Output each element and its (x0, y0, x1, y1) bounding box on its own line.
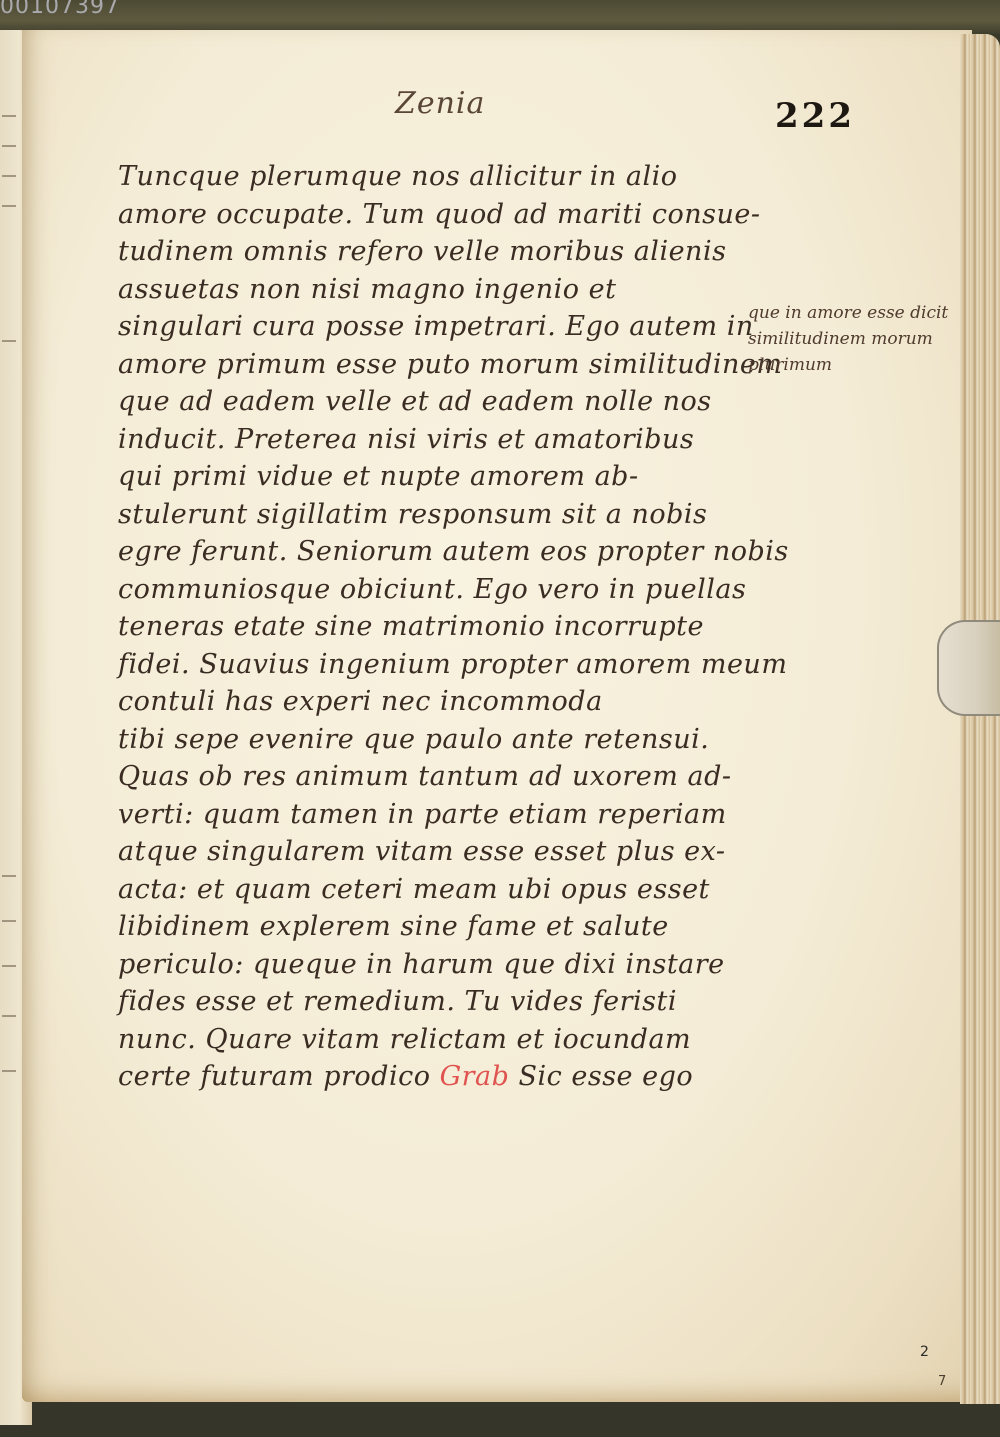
folio-number: 222 (775, 96, 855, 136)
text-line: periculo: queque in harum que dixi insta… (118, 946, 758, 984)
text-line: teneras etate sine matrimonio incorrupte (118, 608, 758, 646)
text-line: Quas ob res animum tantum ad uxorem ad- (118, 758, 758, 796)
ink-bleed-mark (2, 965, 16, 967)
ink-bleed-mark (2, 1015, 16, 1017)
text-line: fidei. Suavius ingenium propter amorem m… (118, 646, 758, 684)
marginal-note: que in amore esse dicit similitudinem mo… (748, 300, 968, 378)
text-line: tudinem omnis refero velle moribus alien… (118, 233, 758, 271)
text-line: egre ferunt. Seniorum autem eos propter … (118, 533, 758, 571)
text-line: que ad eadem velle et ad eadem nolle nos (118, 383, 758, 421)
ink-bleed-mark (2, 205, 16, 207)
ink-bleed-mark (2, 115, 16, 117)
page-fore-edge (960, 34, 1000, 1404)
rubric-word: Grab (440, 1061, 510, 1092)
text-line: stulerunt sigillatim responsum sit a nob… (118, 496, 758, 534)
text-line-final: certe futuram prodico Grab Sic esse ego (118, 1058, 758, 1096)
text-line: Tuncque plerumque nos allicitur in alio (118, 158, 758, 196)
page-tab-marker (937, 620, 1000, 716)
marginal-note-line: que in amore esse dicit (748, 300, 968, 326)
text-line: acta: et quam ceteri meam ubi opus esset (118, 871, 758, 909)
text-line: libidinem explerem sine fame et salute (118, 908, 758, 946)
running-head: Zenia (395, 86, 485, 121)
text-line: qui primi vidue et nupte amorem ab- (118, 458, 758, 496)
quire-mark-lower: 7 (938, 1374, 946, 1389)
text-line: atque singularem vitam esse esset plus e… (118, 833, 758, 871)
text-line: communiosque obiciunt. Ego vero in puell… (118, 571, 758, 609)
text-segment: Sic esse ego (519, 1061, 694, 1092)
scan-id-label: 00107397 (0, 0, 120, 19)
ink-bleed-mark (2, 145, 16, 147)
text-line: singulari cura posse impetrari. Ego aute… (118, 308, 758, 346)
text-line: fides esse et remedium. Tu vides feristi (118, 983, 758, 1021)
ink-bleed-mark (2, 920, 16, 922)
text-segment: certe futuram prodico (118, 1061, 430, 1092)
text-line: amore primum esse puto morum similitudin… (118, 346, 758, 384)
ink-bleed-mark (2, 340, 16, 342)
text-line: contuli has experi nec incommoda (118, 683, 758, 721)
marginal-note-line: similitudinem morum plurimum (748, 326, 968, 378)
text-line: tibi sepe evenire que paulo ante retensu… (118, 721, 758, 759)
main-text-block: Tuncque plerumque nos allicitur in alio … (118, 158, 758, 1096)
text-line: assuetas non nisi magno ingenio et (118, 271, 758, 309)
text-line: inducit. Preterea nisi viris et amatorib… (118, 421, 758, 459)
ink-bleed-mark (2, 175, 16, 177)
ink-bleed-mark (2, 1070, 16, 1072)
text-line: amore occupate. Tum quod ad mariti consu… (118, 196, 758, 234)
scanner-backdrop-top: 00107397 (0, 0, 1000, 34)
text-line: verti: quam tamen in parte etiam reperia… (118, 796, 758, 834)
text-line: nunc. Quare vitam relictam et iocundam (118, 1021, 758, 1059)
ink-bleed-mark (2, 875, 16, 877)
quire-signature: 2 (920, 1344, 929, 1360)
